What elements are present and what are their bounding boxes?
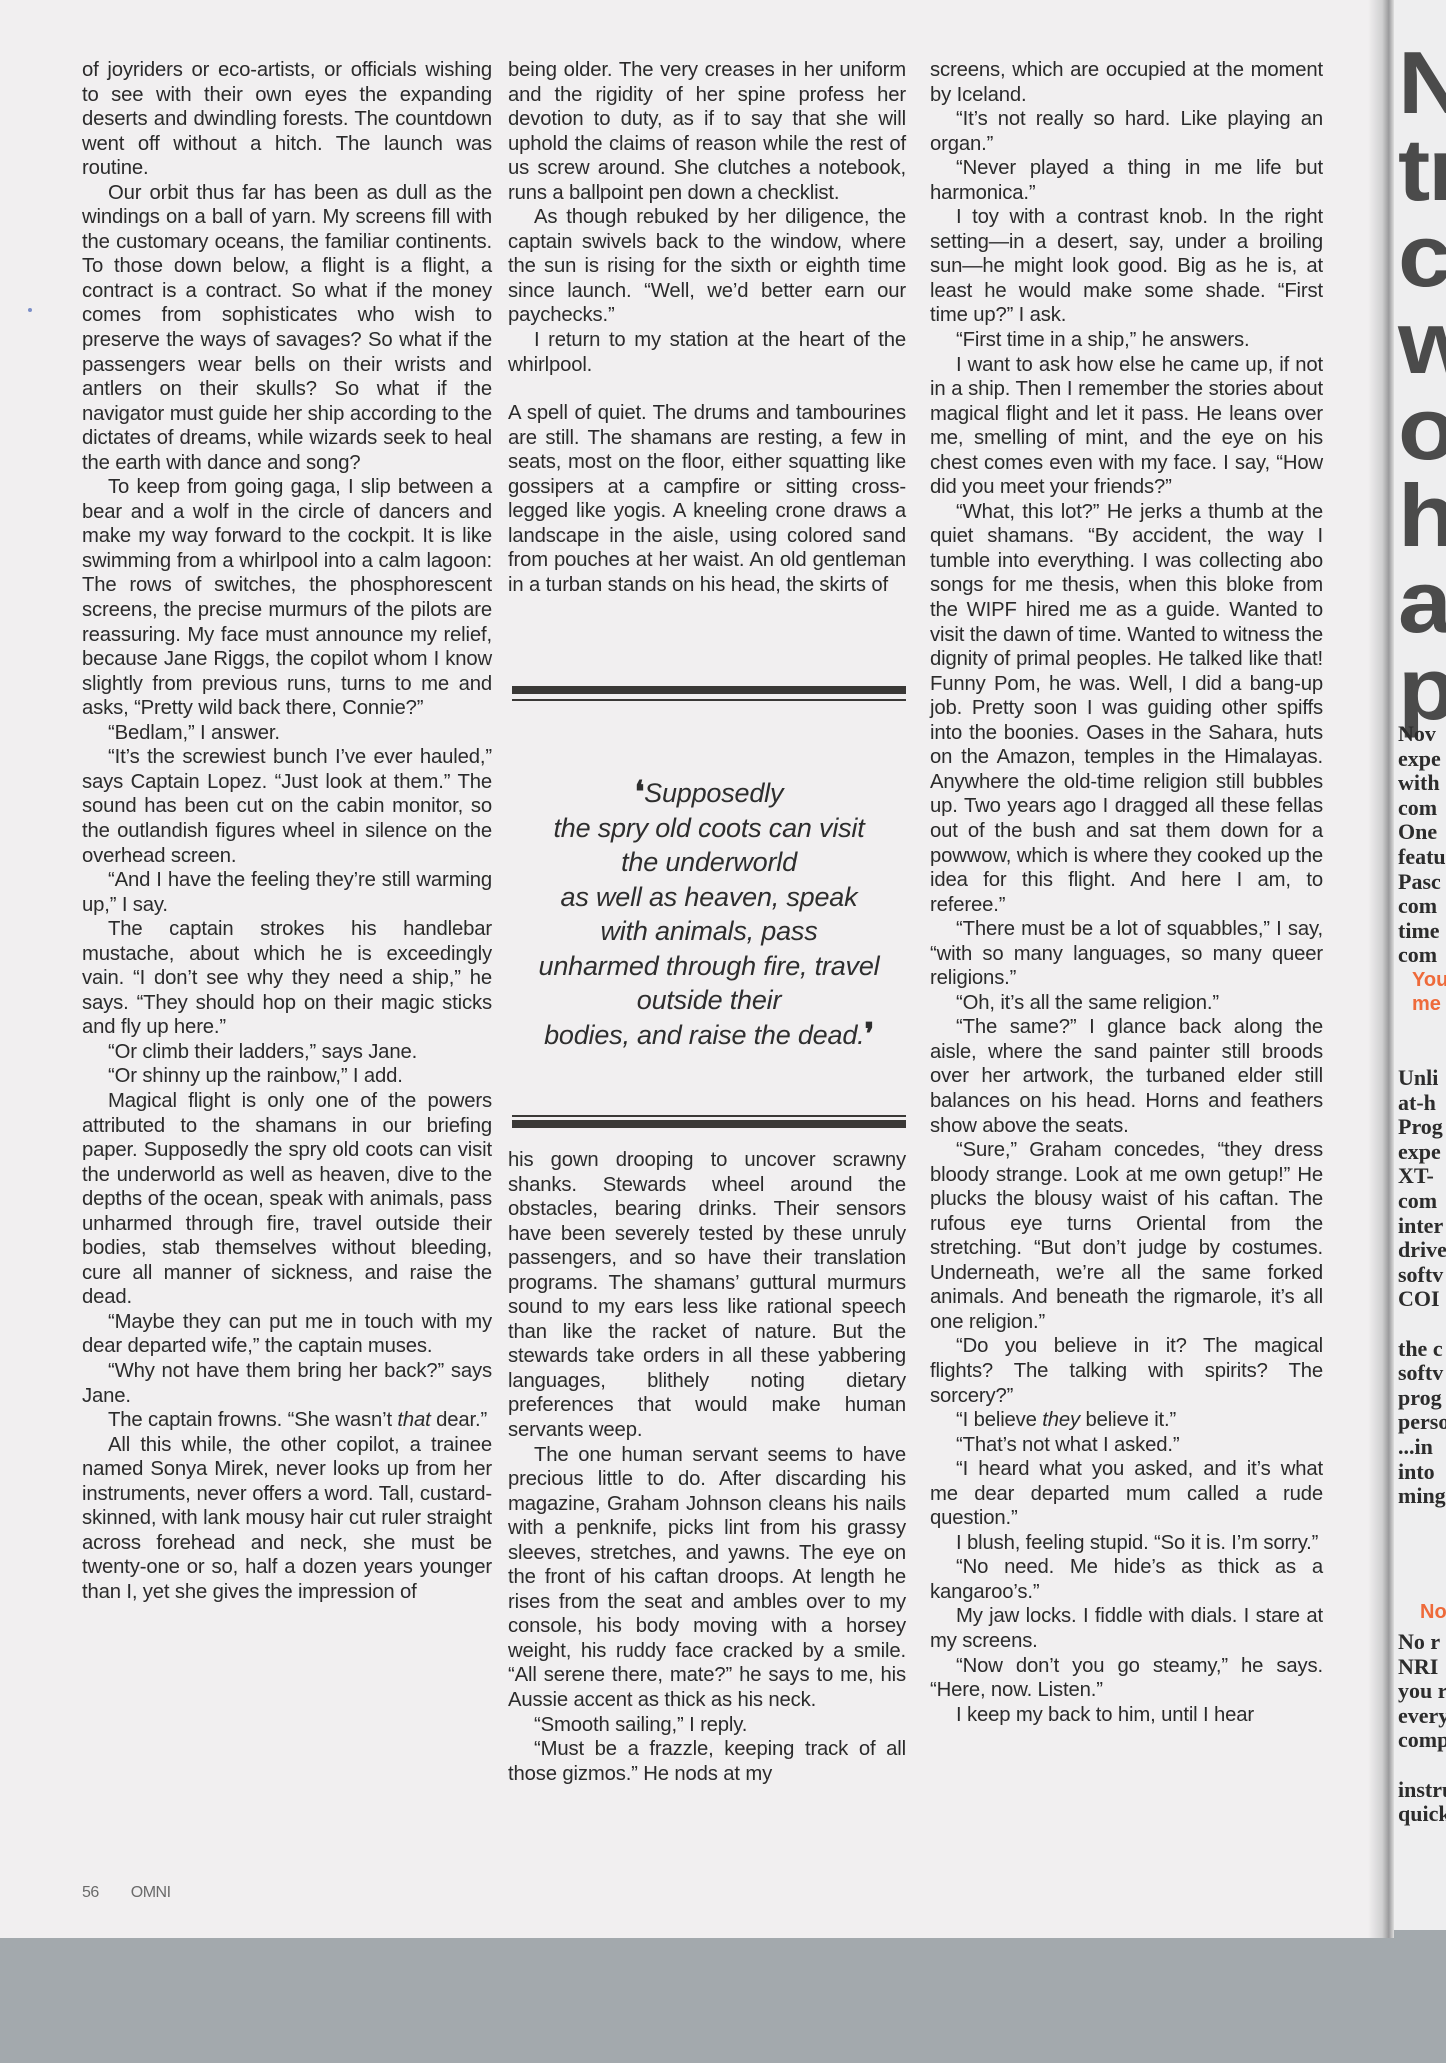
article-column-3: screens, which are occupied at the momen… bbox=[930, 58, 1323, 1727]
close-quote-mark-icon: ❜ bbox=[864, 1018, 873, 1051]
paragraph: “That’s not what I asked.” bbox=[930, 1433, 1323, 1458]
facing-subhead-1: You me bbox=[1412, 968, 1446, 1016]
facing-subhead-2: No bbox=[1420, 1600, 1446, 1624]
paragraph: “Must be a frazzle, keeping track of all… bbox=[508, 1737, 906, 1786]
article-column-1: of joyriders or eco-artists, or official… bbox=[82, 58, 492, 1604]
page-footer: 56 OMNI bbox=[82, 1884, 199, 1902]
italic-emphasis: that bbox=[397, 1409, 430, 1431]
pull-quote-line: the spry old coots can visit bbox=[512, 811, 906, 846]
paragraph: The captain strokes his handlebar mustac… bbox=[82, 917, 492, 1040]
pull-quote-line: bodies, and raise the dead.❜ bbox=[512, 1018, 906, 1053]
facing-body-top: Nov expe with com One featu Pasc com tim… bbox=[1398, 722, 1446, 968]
pull-quote-line: ❛Supposedly bbox=[512, 776, 906, 811]
paragraph: his gown drooping to uncover scrawny sha… bbox=[508, 1148, 906, 1443]
pull-quote-top-rule-thick bbox=[512, 686, 906, 694]
paragraph: “Now don’t you go steamy,” he says. “Her… bbox=[930, 1654, 1323, 1703]
pull-quote-top-rule-thin bbox=[512, 699, 906, 701]
paragraph: Our orbit thus far has been as dull as t… bbox=[82, 181, 492, 476]
paragraph: I want to ask how else he came up, if no… bbox=[930, 353, 1323, 500]
page-gutter-shadow bbox=[1368, 0, 1394, 1938]
paragraph: “Do you believe in it? The magical fligh… bbox=[930, 1334, 1323, 1408]
pull-quote: ❛Supposedlythe spry old coots can visitt… bbox=[512, 686, 906, 1132]
pull-quote-line: outside their bbox=[512, 983, 906, 1018]
paragraph: A spell of quiet. The drums and tambouri… bbox=[508, 401, 906, 597]
paragraph: The captain frowns. “She wasn’t that dea… bbox=[82, 1408, 492, 1433]
paragraph: “Bedlam,” I answer. bbox=[82, 721, 492, 746]
pull-quote-bottom-rule-thin bbox=[512, 1115, 906, 1117]
italic-emphasis: they bbox=[1042, 1409, 1080, 1431]
paragraph: “No need. Me hide’s as thick as a kangar… bbox=[930, 1555, 1323, 1604]
article-column-2-bottom: his gown drooping to uncover scrawny sha… bbox=[508, 1148, 906, 1786]
pull-quote-text: ❛Supposedlythe spry old coots can visitt… bbox=[512, 776, 906, 1052]
paragraph: “The same?” I glance back along the aisl… bbox=[930, 1015, 1323, 1138]
paragraph: As though rebuked by her diligence, the … bbox=[508, 205, 906, 328]
paragraph: All this while, the other copilot, a tra… bbox=[82, 1433, 492, 1605]
paragraph: I blush, feeling stupid. “So it is. I’m … bbox=[930, 1531, 1323, 1556]
paragraph: “What, this lot?” He jerks a thumb at th… bbox=[930, 500, 1323, 917]
facing-page-fragment: N tr c w o h a p Nov expe with com One f… bbox=[1394, 0, 1446, 1930]
facing-body-bottom: No r NRI you r every comp instru quick bbox=[1398, 1630, 1446, 1827]
paragraph: “I believe they believe it.” bbox=[930, 1408, 1323, 1433]
paragraph: being older. The very creases in her uni… bbox=[508, 58, 906, 205]
paragraph: “Maybe they can put me in touch with my … bbox=[82, 1310, 492, 1359]
paragraph: “Or climb their ladders,” says Jane. bbox=[82, 1040, 492, 1065]
paragraph: My jaw locks. I fiddle with dials. I sta… bbox=[930, 1604, 1323, 1653]
page-number: 56 bbox=[82, 1884, 99, 1901]
paragraph: screens, which are occupied at the momen… bbox=[930, 58, 1323, 107]
paragraph: “Smooth sailing,” I reply. bbox=[508, 1713, 906, 1738]
paragraph: “I heard what you asked, and it’s what m… bbox=[930, 1457, 1323, 1531]
paragraph: “Sure,” Graham concedes, “they dress blo… bbox=[930, 1138, 1323, 1334]
pull-quote-line: with animals, pass bbox=[512, 914, 906, 949]
paragraph: “Oh, it’s all the same religion.” bbox=[930, 991, 1323, 1016]
article-column-2-top: being older. The very creases in her uni… bbox=[508, 58, 906, 597]
paragraph: “It’s not really so hard. Like playing a… bbox=[930, 107, 1323, 156]
magazine-name: OMNI bbox=[131, 1884, 171, 1901]
paragraph: “There must be a lot of squabbles,” I sa… bbox=[930, 917, 1323, 991]
pull-quote-line: as well as heaven, speak bbox=[512, 880, 906, 915]
paragraph: I toy with a contrast knob. In the right… bbox=[930, 205, 1323, 328]
paragraph: “First time in a ship,” he answers. bbox=[930, 328, 1323, 353]
paragraph: I return to my station at the heart of t… bbox=[508, 328, 906, 377]
paragraph: I keep my back to him, until I hear bbox=[930, 1703, 1323, 1728]
paragraph: Magical flight is only one of the powers… bbox=[82, 1089, 492, 1310]
ink-speck bbox=[28, 308, 32, 312]
paragraph: of joyriders or eco-artists, or official… bbox=[82, 58, 492, 181]
facing-headline: N tr c w o h a p bbox=[1398, 40, 1446, 732]
paragraph: “Or shinny up the rainbow,” I add. bbox=[82, 1064, 492, 1089]
paragraph: “Why not have them bring her back?” says… bbox=[82, 1359, 492, 1408]
pull-quote-line: unharmed through fire, travel bbox=[512, 949, 906, 984]
magazine-page: of joyriders or eco-artists, or official… bbox=[0, 0, 1384, 1938]
paragraph: The one human servant seems to have prec… bbox=[508, 1443, 906, 1713]
pull-quote-bottom-rule-thick bbox=[512, 1120, 906, 1128]
open-quote-mark-icon: ❛ bbox=[635, 776, 644, 809]
paragraph: “And I have the feeling they’re still wa… bbox=[82, 868, 492, 917]
paragraph: “Never played a thing in me life but har… bbox=[930, 156, 1323, 205]
paragraph: To keep from going gaga, I slip between … bbox=[82, 475, 492, 720]
facing-body-mid: Unli at-h Prog expe XT- com inter drive … bbox=[1398, 1066, 1446, 1509]
paragraph: “It’s the screwiest bunch I’ve ever haul… bbox=[82, 745, 492, 868]
pull-quote-line: the underworld bbox=[512, 845, 906, 880]
